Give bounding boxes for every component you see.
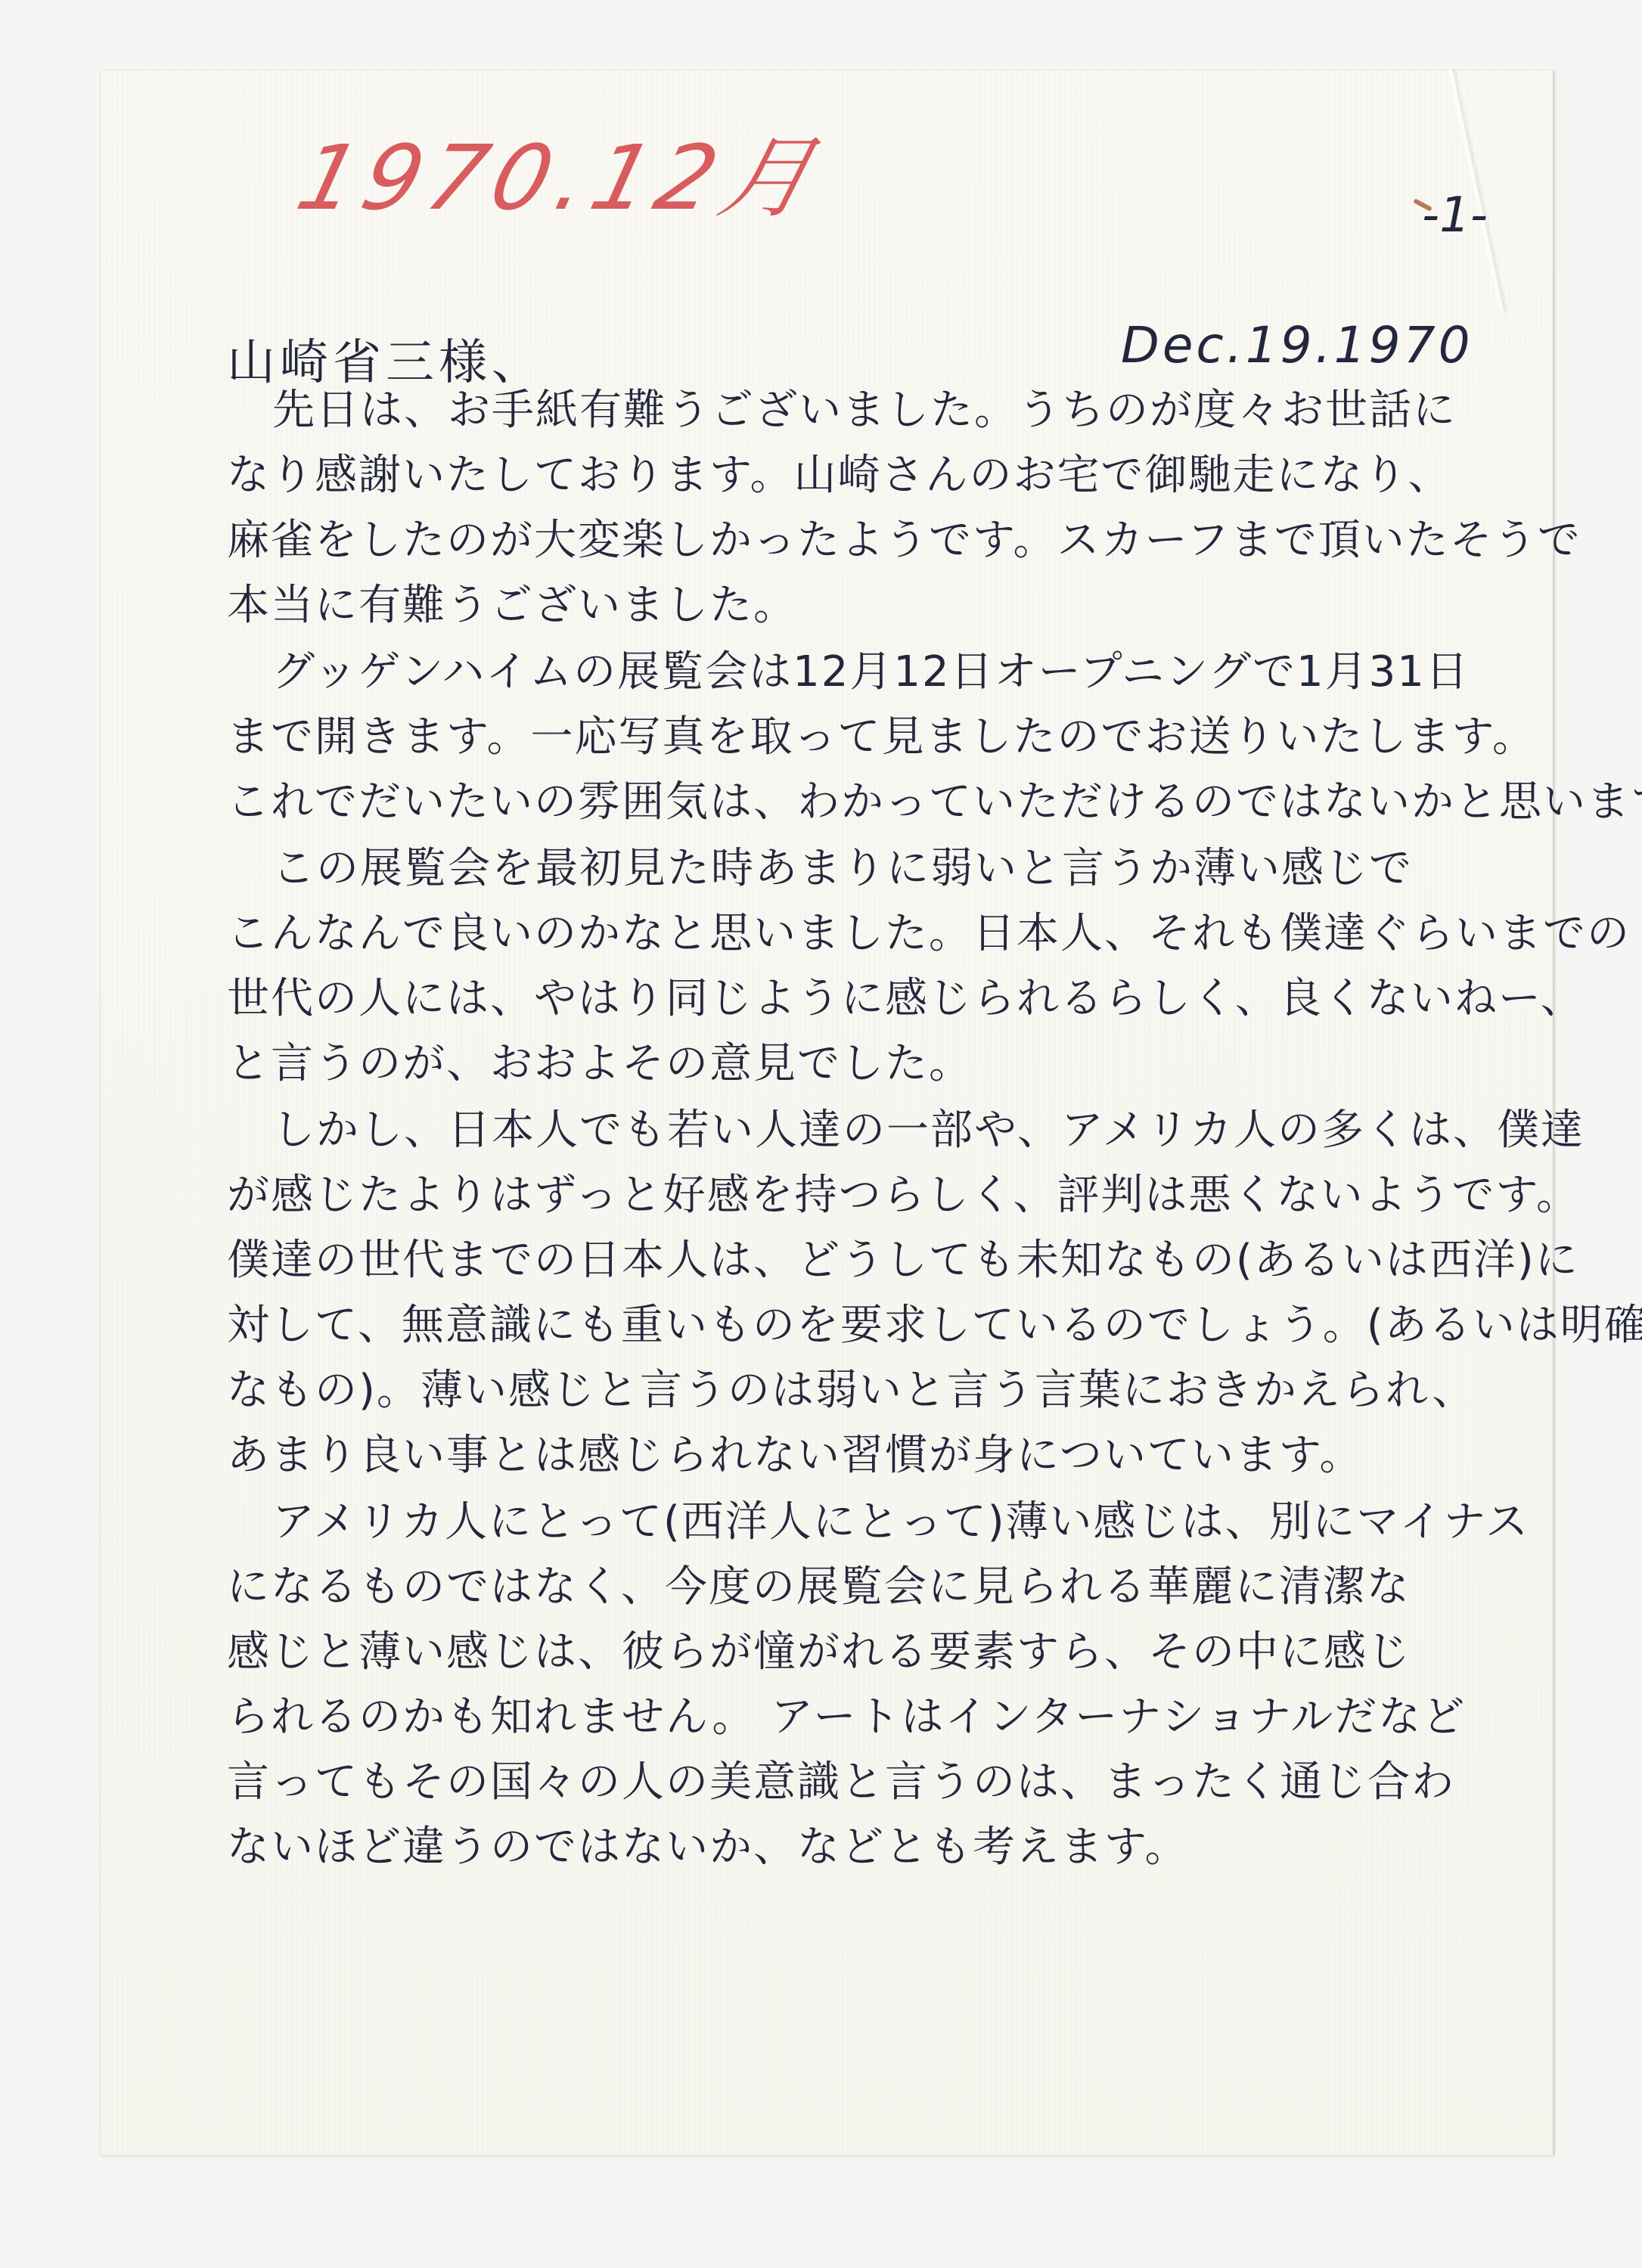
body-line: 対して、無意識にも重いものを要求しているのでしょう。(あるいは明確 (227, 1293, 1528, 1358)
body-line: アメリカ人にとって(西洋人にとって)薄い感じは、別にマイナス (227, 1490, 1528, 1555)
body-line: 本当に有難うございました。 (227, 573, 1528, 638)
body-line: 感じと薄い感じは、彼らが憧がれる要素すら、その中に感じ (227, 1620, 1528, 1685)
letter-body: 先日は、お手紙有難うございました。うちのが度々お世話に なり感謝いたしております… (227, 378, 1528, 1880)
body-line: あまり良い事とは感じられない習慣が身についています。 (227, 1423, 1528, 1488)
body-line: になるものではなく、今度の展覧会に見られる華麗に清潔な (227, 1555, 1528, 1620)
body-line: なり感謝いたしております。山崎さんのお宅で御馳走になり、 (227, 443, 1528, 508)
body-line: これでだいたいの雰囲気は、わかっていただけるのではないかと思います。 (227, 770, 1528, 835)
letter-date: Dec.19.1970 (1121, 316, 1473, 374)
body-line: 僕達の世代までの日本人は、どうしても未知なもの(あるいは西洋)に (227, 1228, 1528, 1293)
archive-date-annotation: 1970.12月 (287, 106, 837, 234)
body-line: られるのかも知れません。 アートはインターナショナルだなど (227, 1685, 1528, 1750)
body-line: が感じたよりはずっと好感を持つらしく、評判は悪くないようです。 (227, 1163, 1528, 1228)
body-line: ないほど違うのではないか、などとも考えます。 (227, 1815, 1528, 1880)
body-line: まで開きます。一応写真を取って見ましたのでお送りいたします。 (227, 705, 1528, 770)
body-line: なもの)。薄い感じと言うのは弱いと言う言葉におきかえられ、 (227, 1358, 1528, 1423)
body-line: この展覧会を最初見た時あまりに弱いと言うか薄い感じで (227, 836, 1528, 901)
body-line: グッゲンハイムの展覧会は12月12日オープニングで1月31日 (227, 640, 1528, 705)
body-line: 世代の人には、やはり同じように感じられるらしく、良くないねー、 (227, 966, 1528, 1032)
body-line: しかし、日本人でも若い人達の一部や、アメリカ人の多くは、僕達 (227, 1098, 1528, 1163)
body-line: と言うのが、おおよその意見でした。 (227, 1032, 1528, 1097)
body-line: 先日は、お手紙有難うございました。うちのが度々お世話に (227, 378, 1528, 443)
body-line: こんなんで良いのかなと思いました。日本人、それも僕達ぐらいまでの (227, 901, 1528, 966)
page-number: -1- (1422, 188, 1488, 244)
body-line: 麻雀をしたのが大変楽しかったようです。スカーフまで頂いたそうで (227, 508, 1528, 573)
body-line: 言ってもその国々の人の美意識と言うのは、まったく通じ合わ (227, 1750, 1528, 1815)
